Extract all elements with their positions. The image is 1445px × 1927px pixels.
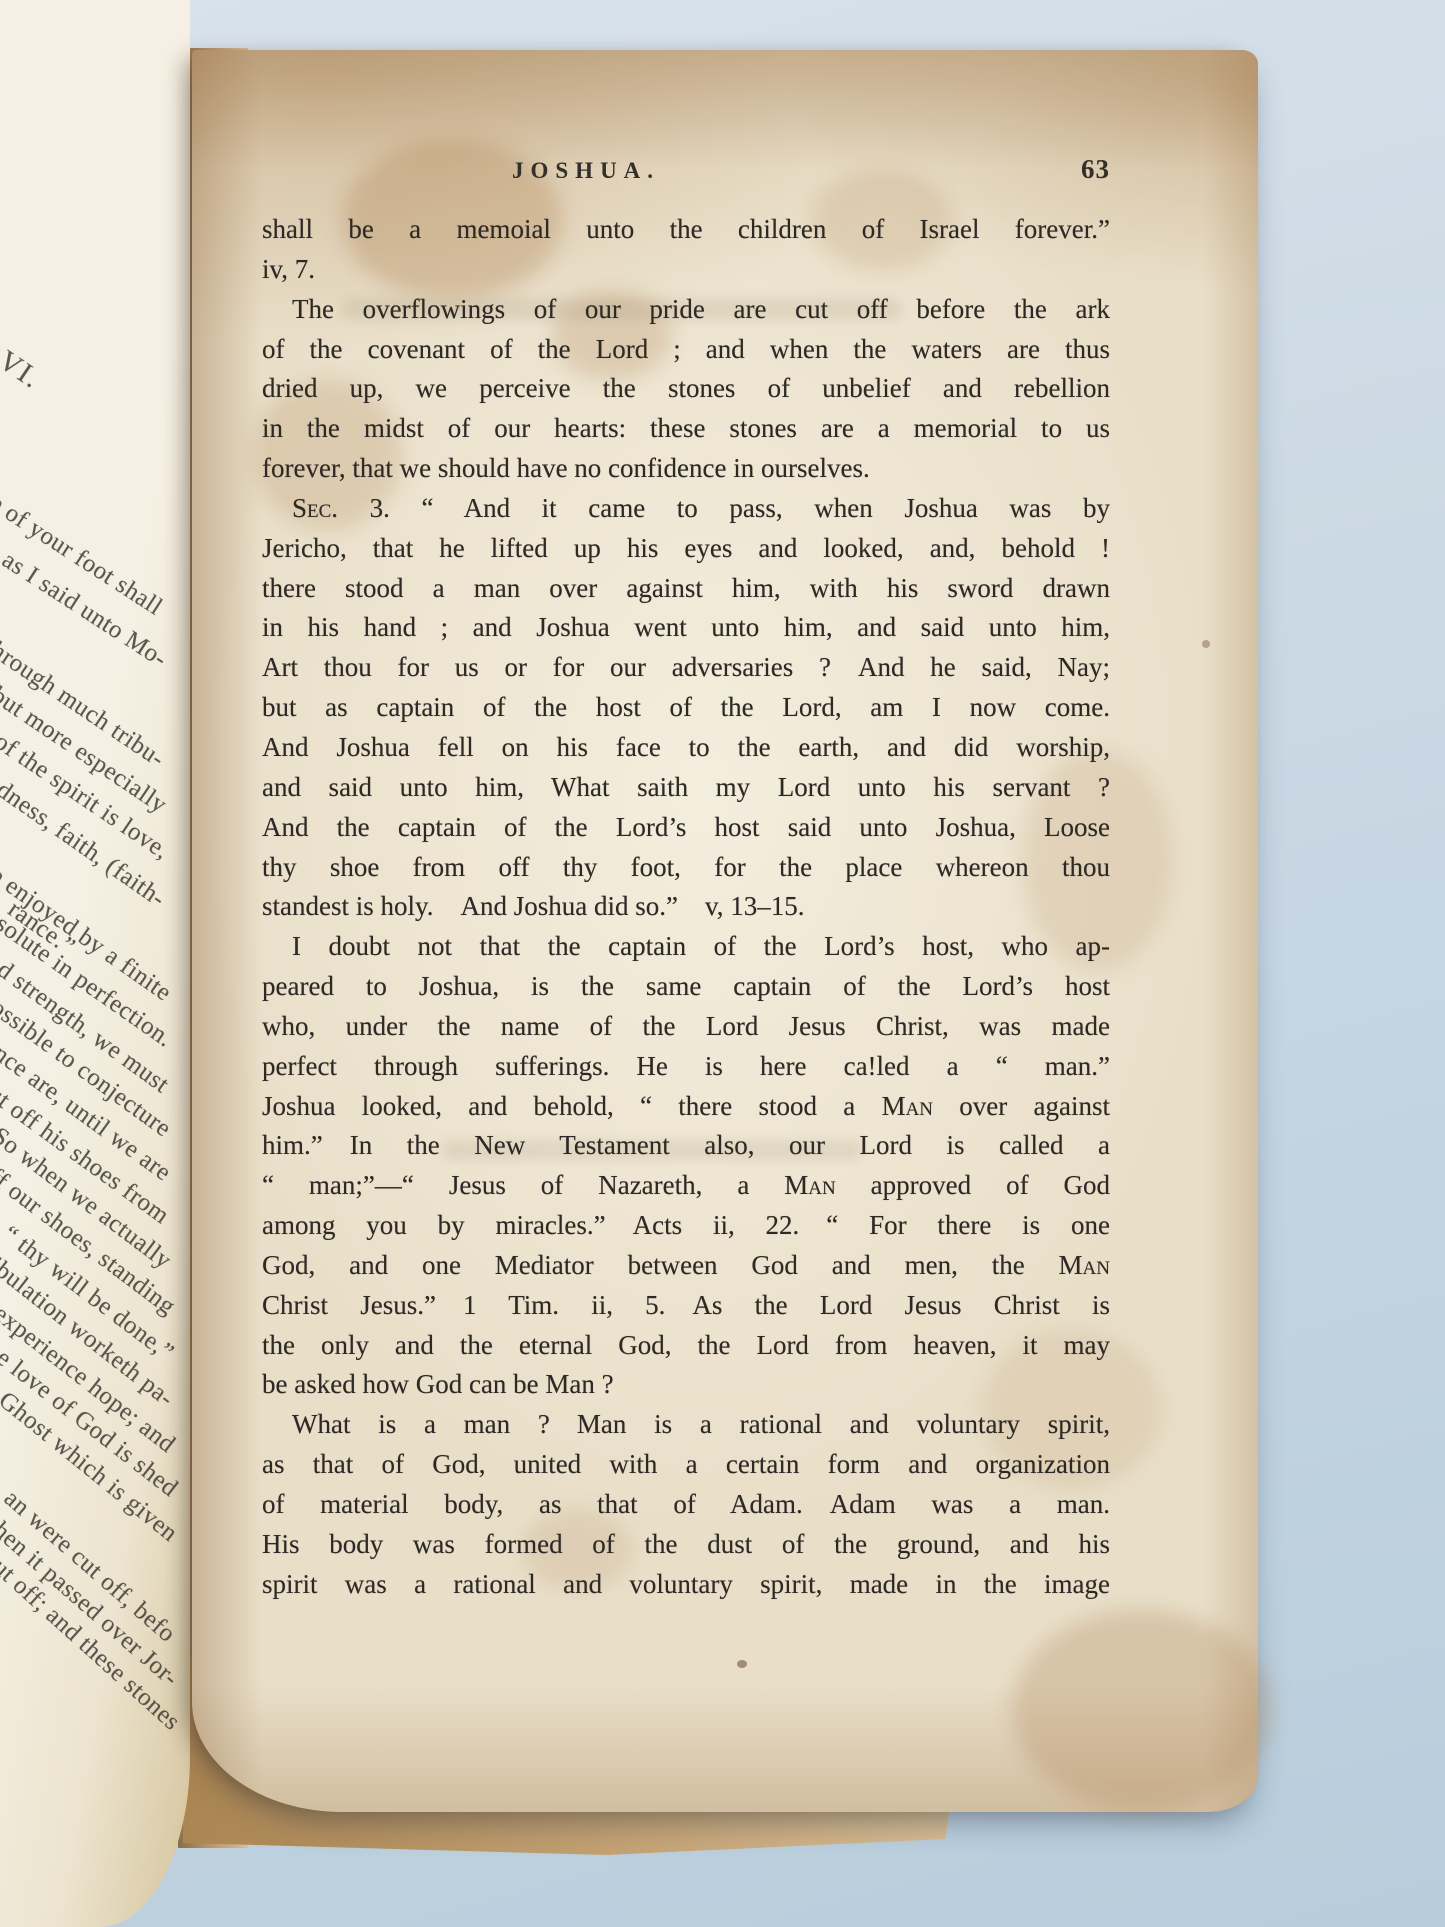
line-text: 3. “ And it came to pass, when Joshua wa… bbox=[338, 493, 1110, 523]
line-text-smallcaps: Man bbox=[882, 1091, 933, 1121]
line-text: of material body, as that of Adam. Adam … bbox=[262, 1489, 1110, 1519]
line-text-smallcaps: Man bbox=[1059, 1250, 1110, 1280]
text-line: be asked how God can be Man ? bbox=[262, 1365, 1110, 1405]
line-text: spirit was a rational and voluntary spir… bbox=[262, 1569, 1110, 1599]
line-text: God, and one Mediator between God and me… bbox=[262, 1250, 1059, 1280]
text-line: Joshua looked, and behold, “ there stood… bbox=[262, 1087, 1110, 1127]
text-line: The overflowings of our pride are cut of… bbox=[262, 290, 1110, 330]
speck bbox=[737, 1660, 747, 1668]
line-text: approved of God bbox=[836, 1170, 1110, 1200]
line-text: iv, 7. bbox=[262, 254, 315, 284]
line-text: And Joshua fell on his face to the earth… bbox=[262, 732, 1110, 762]
line-text: Art thou for us or for our adversaries ?… bbox=[262, 652, 1110, 682]
text-line: among you by miracles.” Acts ii, 22. “ F… bbox=[262, 1206, 1110, 1246]
line-text-smallcaps: Man bbox=[784, 1170, 835, 1200]
speck bbox=[1202, 640, 1210, 648]
text-line: Sec. 3. “ And it came to pass, when Josh… bbox=[262, 489, 1110, 529]
line-text: the only and the eternal God, the Lord f… bbox=[262, 1330, 1110, 1360]
text-line: forever, that we should have no confiden… bbox=[262, 449, 1110, 489]
text-line: I doubt not that the captain of the Lord… bbox=[262, 927, 1110, 967]
line-text: as that of God, united with a certain fo… bbox=[262, 1449, 1110, 1479]
line-text: over against bbox=[933, 1091, 1110, 1121]
line-text: dried up, we perceive the stones of unbe… bbox=[262, 373, 1110, 403]
text-line: as that of God, united with a certain fo… bbox=[262, 1445, 1110, 1485]
line-text: in the midst of our hearts: these stones… bbox=[262, 413, 1110, 443]
line-text: standest is holy. And Joshua did so.” v,… bbox=[262, 891, 804, 921]
text-line: Christ Jesus.” 1 Tim. ii, 5. As the Lord… bbox=[262, 1286, 1110, 1326]
text-line: in his hand ; and Joshua went unto him, … bbox=[262, 608, 1110, 648]
text-line: of material body, as that of Adam. Adam … bbox=[262, 1485, 1110, 1525]
line-text: And the captain of the Lord’s host said … bbox=[262, 812, 1110, 842]
text-line: His body was formed of the dust of the g… bbox=[262, 1525, 1110, 1565]
line-text: who, under the name of the Lord Jesus Ch… bbox=[262, 1011, 1110, 1041]
text-line: in the midst of our hearts: these stones… bbox=[262, 409, 1110, 449]
text-line: him.” In the New Testament also, our Lor… bbox=[262, 1126, 1110, 1166]
line-text: him.” In the New Testament also, our Lor… bbox=[262, 1130, 1110, 1160]
line-text: there stood a man over against him, with… bbox=[262, 573, 1110, 603]
text-line: Jericho, that he lifted up his eyes and … bbox=[262, 529, 1110, 569]
line-text: The overflowings of our pride are cut of… bbox=[292, 294, 1110, 324]
text-line: spirit was a rational and voluntary spir… bbox=[262, 1565, 1110, 1605]
text-line: What is a man ? Man is a rational and vo… bbox=[262, 1405, 1110, 1445]
facing-page-text-fragment: VI. bbox=[0, 344, 47, 396]
body-text: shall be a memoial unto the children of … bbox=[262, 210, 1110, 1605]
text-line: but as captain of the host of the Lord, … bbox=[262, 688, 1110, 728]
line-text: in his hand ; and Joshua went unto him, … bbox=[262, 612, 1110, 642]
line-text: perfect through sufferings. He is here c… bbox=[262, 1051, 1110, 1081]
line-text: be asked how God can be Man ? bbox=[262, 1369, 614, 1399]
running-head: JOSHUA. bbox=[512, 158, 660, 184]
text-line: there stood a man over against him, with… bbox=[262, 569, 1110, 609]
line-text: What is a man ? Man is a rational and vo… bbox=[292, 1409, 1110, 1439]
line-text: shall be a memoial unto the children of … bbox=[262, 214, 1110, 244]
text-line: perfect through sufferings. He is here c… bbox=[262, 1047, 1110, 1087]
page-header: JOSHUA. 63 bbox=[262, 154, 1110, 185]
line-text: but as captain of the host of the Lord, … bbox=[262, 692, 1110, 722]
line-text: among you by miracles.” Acts ii, 22. “ F… bbox=[262, 1210, 1110, 1240]
line-text: peared to Joshua, is the same captain of… bbox=[262, 971, 1110, 1001]
text-line: of the covenant of the Lord ; and when t… bbox=[262, 330, 1110, 370]
text-line: And the captain of the Lord’s host said … bbox=[262, 808, 1110, 848]
book-photo: { "document": { "running_head": "JOSHUA.… bbox=[0, 0, 1445, 1927]
line-text: and said unto him, What saith my Lord un… bbox=[262, 772, 1110, 802]
text-line: God, and one Mediator between God and me… bbox=[262, 1246, 1110, 1286]
line-text: forever, that we should have no confiden… bbox=[262, 453, 870, 483]
line-text: of the covenant of the Lord ; and when t… bbox=[262, 334, 1110, 364]
line-text: “ man;”—“ Jesus of Nazareth, a bbox=[262, 1170, 784, 1200]
text-line: the only and the eternal God, the Lord f… bbox=[262, 1326, 1110, 1366]
line-text: Jericho, that he lifted up his eyes and … bbox=[262, 533, 1110, 563]
text-line: peared to Joshua, is the same captain of… bbox=[262, 967, 1110, 1007]
text-line: standest is holy. And Joshua did so.” v,… bbox=[262, 887, 1110, 927]
text-line: thy shoe from off thy foot, for the plac… bbox=[262, 848, 1110, 888]
text-line: shall be a memoial unto the children of … bbox=[262, 210, 1110, 250]
line-text: Joshua looked, and behold, “ there stood… bbox=[262, 1091, 882, 1121]
line-text: I doubt not that the captain of the Lord… bbox=[292, 931, 1110, 961]
line-text-smallcaps: Sec. bbox=[292, 493, 338, 523]
text-line: dried up, we perceive the stones of unbe… bbox=[262, 369, 1110, 409]
text-line: Art thou for us or for our adversaries ?… bbox=[262, 648, 1110, 688]
text-line: and said unto him, What saith my Lord un… bbox=[262, 768, 1110, 808]
text-line: And Joshua fell on his face to the earth… bbox=[262, 728, 1110, 768]
text-line: iv, 7. bbox=[262, 250, 1110, 290]
text-line: “ man;”—“ Jesus of Nazareth, a Man appro… bbox=[262, 1166, 1110, 1206]
stain-blob bbox=[1012, 1610, 1272, 1810]
line-text: Christ Jesus.” 1 Tim. ii, 5. As the Lord… bbox=[262, 1290, 1110, 1320]
page-number: 63 bbox=[1081, 154, 1110, 185]
line-text: thy shoe from off thy foot, for the plac… bbox=[262, 852, 1110, 882]
facing-page-sliver: VI. ole of your foot shall ou, as I said… bbox=[0, 0, 190, 1927]
text-line: who, under the name of the Lord Jesus Ch… bbox=[262, 1007, 1110, 1047]
book-page: JOSHUA. 63 shall be a memoial unto the c… bbox=[192, 50, 1258, 1812]
line-text: His body was formed of the dust of the g… bbox=[262, 1529, 1110, 1559]
